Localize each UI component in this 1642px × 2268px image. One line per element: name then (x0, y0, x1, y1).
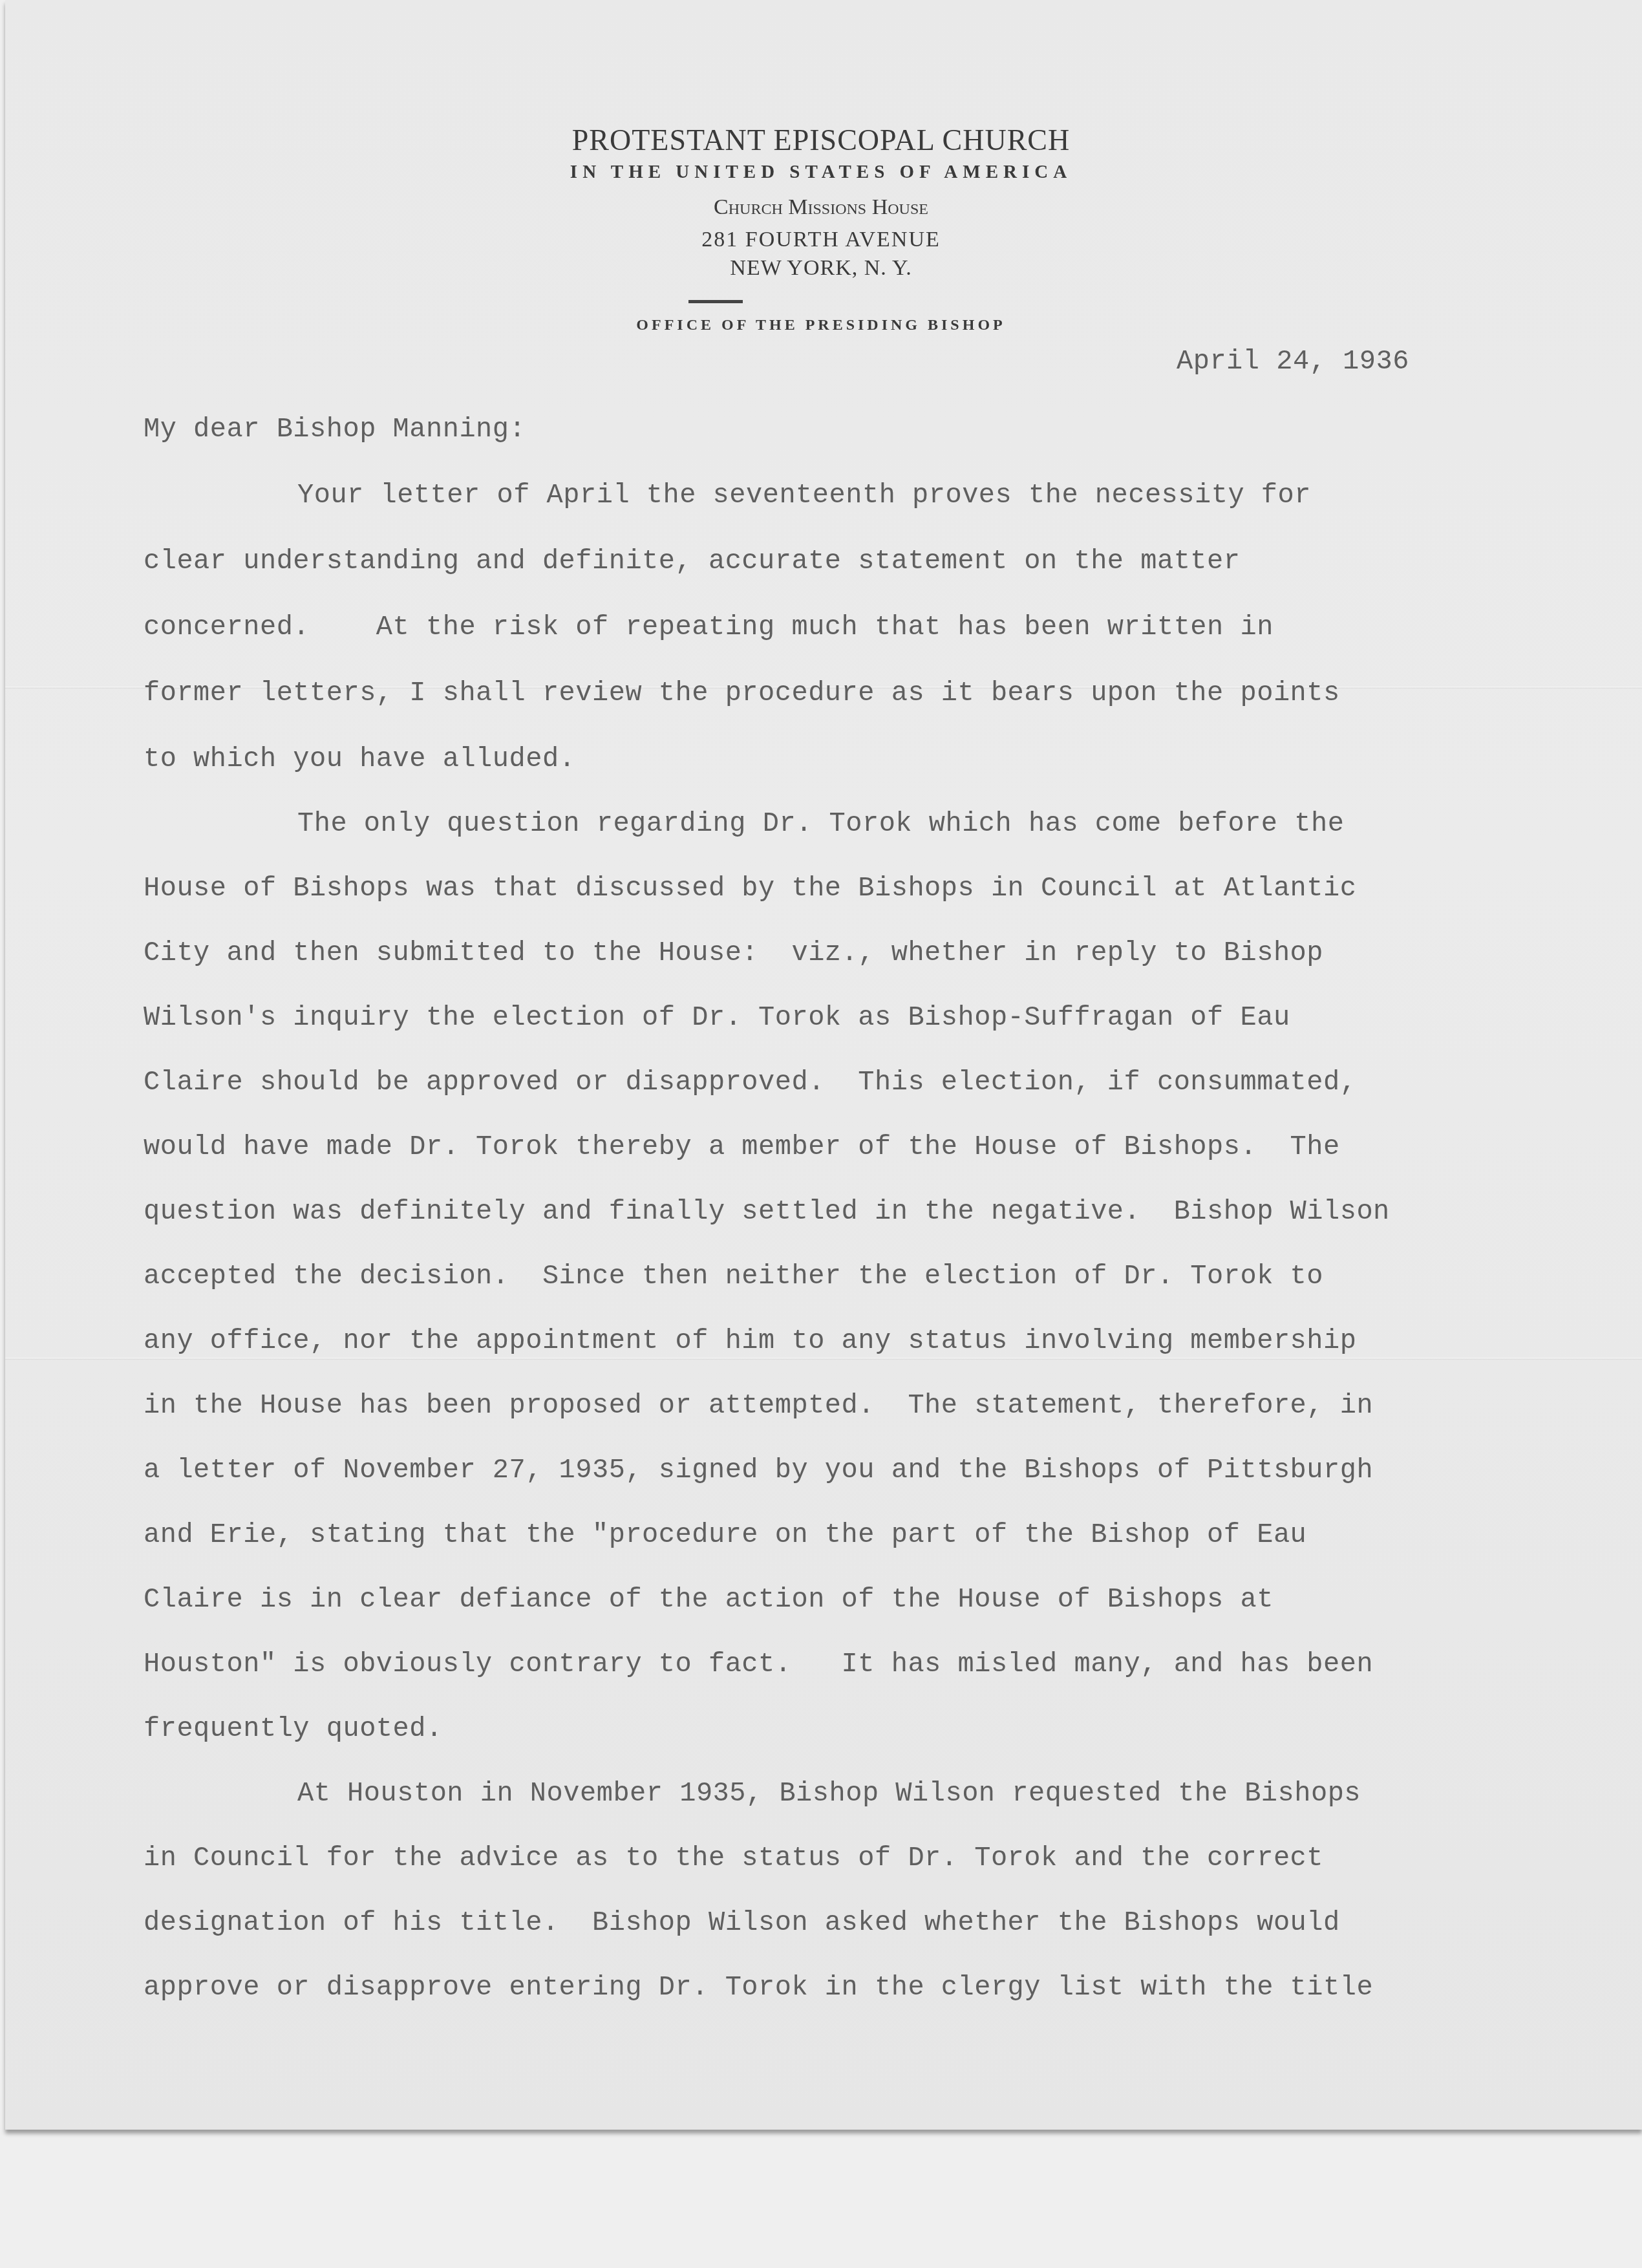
body-line: House of Bishops was that discussed by t… (144, 873, 1356, 904)
body-line: accepted the decision. Since then neithe… (144, 1261, 1323, 1292)
body-line: question was definitely and finally sett… (144, 1196, 1390, 1227)
letter-salutation: My dear Bishop Manning: (144, 414, 526, 445)
body-line: in Council for the advice as to the stat… (144, 1843, 1323, 1874)
body-line: approve or disapprove entering Dr. Torok… (144, 1972, 1373, 2003)
body-line: frequently quoted. (144, 1713, 443, 1744)
body-line: At Houston in November 1935, Bishop Wils… (297, 1778, 1361, 1809)
body-line: Claire should be approved or disapproved… (144, 1067, 1356, 1098)
letter-date: April 24, 1936 (1177, 346, 1409, 377)
letterhead-country: IN THE UNITED STATES OF AMERICA (0, 162, 1642, 183)
fold-crease (5, 1358, 1642, 1360)
body-line: Your letter of April the seventeenth pro… (297, 480, 1311, 511)
body-line: clear understanding and definite, accura… (144, 546, 1240, 577)
letterhead-divider (688, 300, 743, 303)
body-line: would have made Dr. Torok thereby a memb… (144, 1131, 1340, 1162)
body-line: designation of his title. Bishop Wilson … (144, 1907, 1340, 1938)
letterhead-street: 281 FOURTH AVENUE (0, 228, 1642, 252)
body-line: Wilson's inquiry the election of Dr. Tor… (144, 1002, 1290, 1033)
body-line: a letter of November 27, 1935, signed by… (144, 1455, 1373, 1486)
body-line: and Erie, stating that the "procedure on… (144, 1519, 1306, 1550)
body-line: to which you have alluded. (144, 744, 575, 775)
body-line: Houston" is obviously contrary to fact. … (144, 1649, 1373, 1680)
body-line: concerned. At the risk of repeating much… (144, 612, 1274, 643)
body-line: former letters, I shall review the proce… (144, 678, 1340, 709)
body-line: in the House has been proposed or attemp… (144, 1390, 1373, 1421)
letterhead-org: PROTESTANT EPISCOPAL CHURCH (0, 123, 1642, 157)
body-line: Claire is in clear defiance of the actio… (144, 1584, 1274, 1615)
body-line: The only question regarding Dr. Torok wh… (297, 808, 1344, 839)
body-line: City and then submitted to the House: vi… (144, 937, 1323, 968)
letterhead-building: Church Missions House (0, 195, 1642, 220)
body-line: any office, nor the appointment of him t… (144, 1325, 1356, 1356)
letterhead-city: NEW YORK, N. Y. (0, 256, 1642, 281)
letterhead-office: OFFICE OF THE PRESIDING BISHOP (0, 317, 1642, 334)
